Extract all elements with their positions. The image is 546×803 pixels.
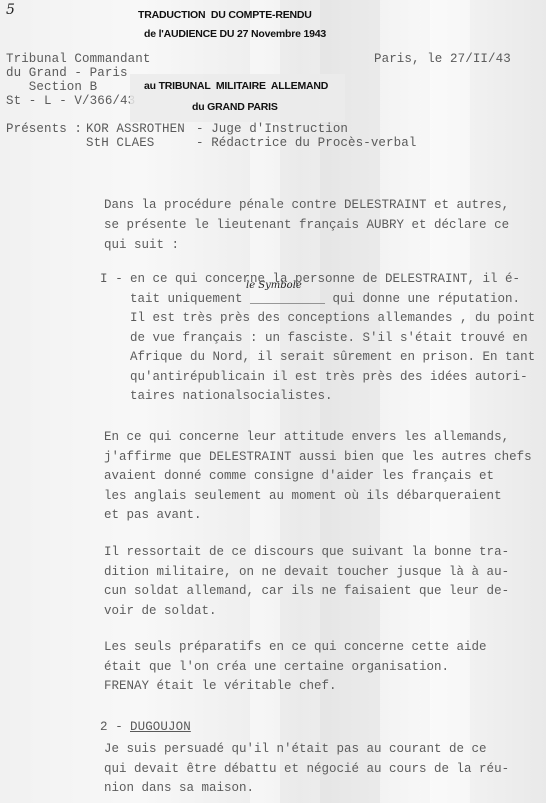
reference-line: Section B	[6, 80, 97, 94]
text-line: les anglais seulement au moment où ils d…	[104, 489, 502, 503]
stamp-block: au TRIBUNAL MILITAIRE ALLEMAND du GRAND …	[130, 74, 345, 122]
text-line: En ce qui concerne leur attitude envers …	[104, 430, 509, 444]
text-line: Il est très près des conceptions alleman…	[130, 311, 535, 325]
presents-role: - Rédactrice du Procès-verbal	[196, 136, 416, 150]
text-line: qui devait être débattu et négocié au co…	[104, 762, 509, 776]
text-line: voir de soldat.	[104, 604, 217, 618]
presents-label: Présents :	[6, 122, 82, 136]
reference-line: St - L - V/366/43	[6, 94, 135, 108]
text-line: Afrique du Nord, il serait sûrement en p…	[130, 350, 535, 364]
text-line: qui suit :	[104, 238, 179, 252]
text-line: Les seuls préparatifs en ce qui concerne…	[104, 640, 487, 654]
text-line: se présente le lieutenant français AUBRY…	[104, 218, 509, 232]
text-line: Il ressortait de ce discours que suivant…	[104, 545, 509, 559]
reference-line: Tribunal Commandant	[6, 52, 150, 66]
presents-name: StH CLAES	[86, 136, 154, 150]
presents-role: - Juge d'Instruction	[196, 122, 348, 136]
text-line: dition militaire, on ne devait toucher j…	[104, 565, 509, 579]
text-line: cun soldat allemand, car ils ne faisaien…	[104, 584, 509, 598]
text-line: Je suis persuadé qu'il n'était pas au co…	[104, 742, 487, 756]
document-title-line1: TRADUCTION DU COMPTE-RENDU	[138, 9, 312, 21]
text-line: en ce qui concerne la personne de DELEST…	[130, 272, 520, 286]
place-date: Paris, le 27/II/43	[374, 52, 511, 66]
text-line: FRENAY était le véritable chef.	[104, 679, 337, 693]
section1-marker: I -	[100, 272, 123, 286]
stamp-line2: du GRAND PARIS	[192, 101, 278, 113]
text-line: qu'antirépublicain il est très près des …	[130, 370, 528, 384]
text-line: Dans la procédure pénale contre DELESTRA…	[104, 198, 509, 212]
text-line: était que l'on créa une certaine organis…	[104, 660, 449, 674]
text-line: nion dans sa maison.	[104, 781, 254, 795]
section2-name: DUGOUJON	[130, 720, 191, 734]
stamp-line1: au TRIBUNAL MILITAIRE ALLEMAND	[144, 80, 328, 92]
scan-artifact	[430, 0, 470, 803]
text-line: et pas avant.	[104, 508, 202, 522]
text-line: tait uniquement __________ qui donne une…	[130, 292, 520, 306]
section2-marker: 2 -	[100, 720, 123, 734]
document-page: 5 TRADUCTION DU COMPTE-RENDU de l'AUDIEN…	[0, 0, 546, 803]
text-line: avaient donné comme consigne d'aider les…	[104, 469, 494, 483]
handwritten-page-number: 5	[6, 2, 15, 18]
text-line: de vue français : un fasciste. S'il s'ét…	[130, 331, 528, 345]
text-line: j'affirme que DELESTRAINT aussi bien que…	[104, 450, 532, 464]
presents-name: KOR ASSROTHEN	[86, 122, 185, 136]
reference-line: du Grand - Paris	[6, 66, 128, 80]
document-title-line2: de l'AUDIENCE DU 27 Novembre 1943	[144, 28, 326, 40]
text-line: taires nationalsocialistes.	[130, 389, 333, 403]
